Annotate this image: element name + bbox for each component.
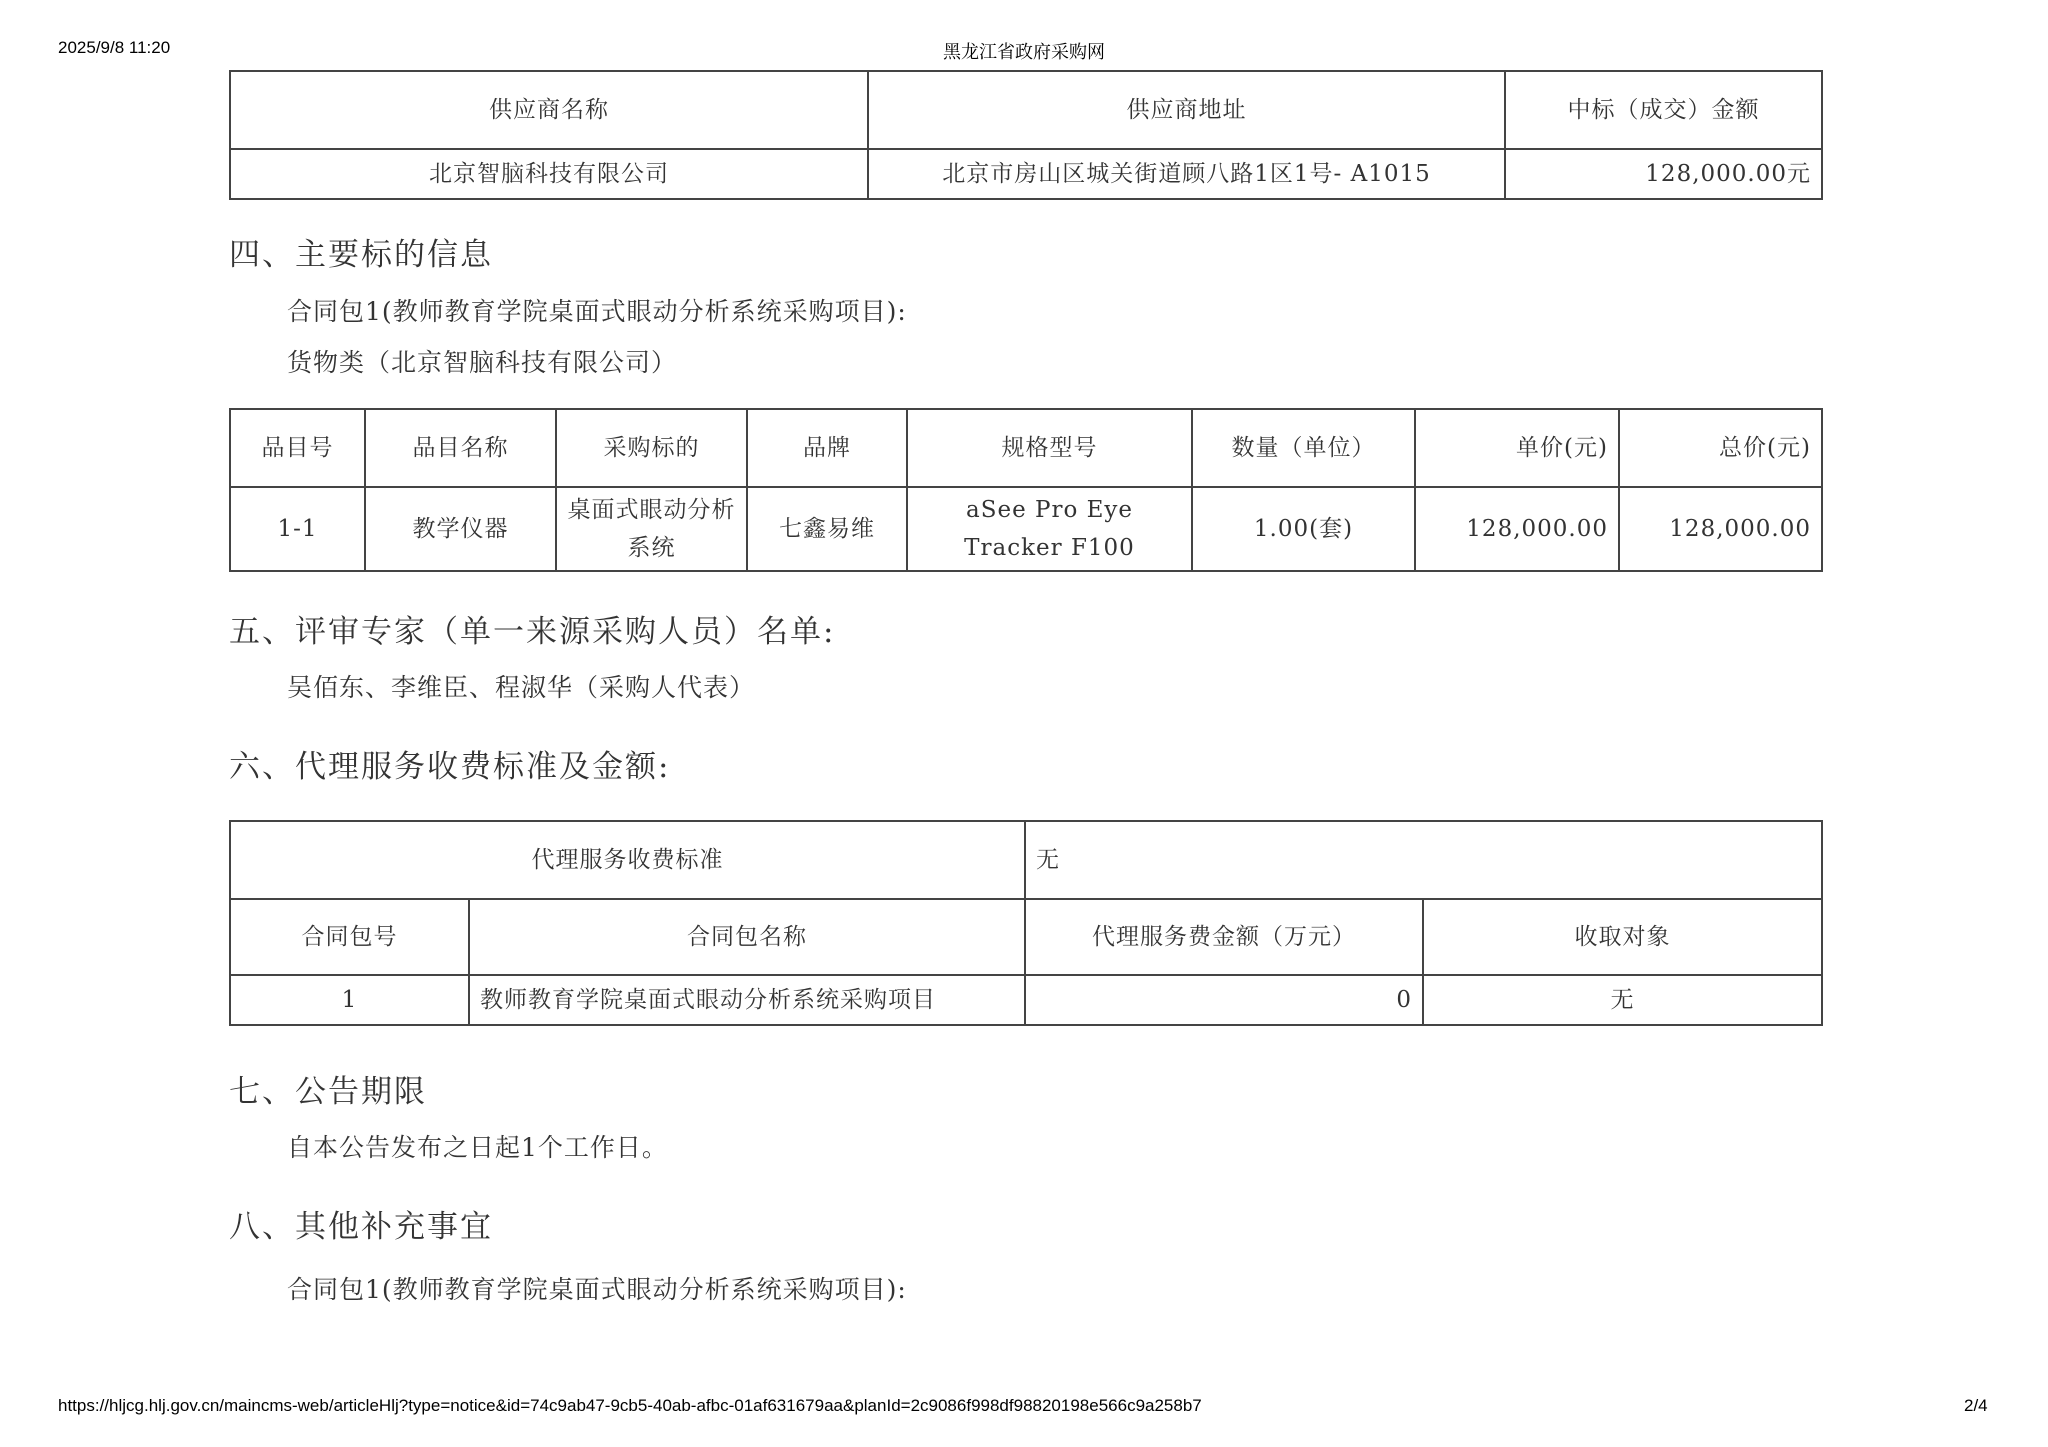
fee-standard-value: 无 bbox=[1025, 821, 1822, 899]
table-row: 北京智脑科技有限公司 北京市房山区城关街道顾八路1区1号- A1015 128,… bbox=[230, 149, 1822, 199]
supplier-table: 供应商名称 供应商地址 中标（成交）金额 北京智脑科技有限公司 北京市房山区城关… bbox=[229, 70, 1823, 200]
section8-package-line: 合同包1(教师教育学院桌面式眼动分析系统采购项目): bbox=[287, 1270, 907, 1306]
header-fee-payer: 收取对象 bbox=[1423, 899, 1822, 975]
section4-heading: 四、主要标的信息 bbox=[229, 229, 493, 274]
fee-amount: 0 bbox=[1025, 975, 1423, 1025]
table-header-row: 合同包号 合同包名称 代理服务费金额（万元） 收取对象 bbox=[230, 899, 1822, 975]
site-title: 黑龙江省政府采购网 bbox=[0, 38, 2048, 64]
award-amount: 128,000.00元 bbox=[1505, 149, 1822, 199]
header-package-no: 合同包号 bbox=[230, 899, 469, 975]
review-members: 吴佰东、李维臣、程淑华（采购人代表） bbox=[287, 668, 755, 704]
agency-fee-table: 代理服务收费标准 无 合同包号 合同包名称 代理服务费金额（万元） 收取对象 1… bbox=[229, 820, 1823, 1026]
header-procurement-object: 采购标的 bbox=[556, 409, 747, 487]
quantity: 1.00(套) bbox=[1192, 487, 1415, 571]
announcement-period: 自本公告发布之日起1个工作日。 bbox=[287, 1128, 668, 1164]
header-item-no: 品目号 bbox=[230, 409, 365, 487]
item-no: 1-1 bbox=[230, 487, 365, 571]
table-header-row: 品目号 品目名称 采购标的 品牌 规格型号 数量（单位） 单价(元) 总价(元) bbox=[230, 409, 1822, 487]
header-model: 规格型号 bbox=[907, 409, 1192, 487]
table-row: 1 教师教育学院桌面式眼动分析系统采购项目 0 无 bbox=[230, 975, 1822, 1025]
header-item-name: 品目名称 bbox=[365, 409, 556, 487]
model: aSee Pro Eye Tracker F100 bbox=[907, 487, 1192, 571]
brand: 七鑫易维 bbox=[747, 487, 907, 571]
header-fee-amount: 代理服务费金额（万元） bbox=[1025, 899, 1423, 975]
header-total-price: 总价(元) bbox=[1619, 409, 1822, 487]
section6-heading: 六、代理服务收费标准及金额: bbox=[229, 741, 670, 786]
header-supplier-name: 供应商名称 bbox=[230, 71, 868, 149]
section4-package-line: 合同包1(教师教育学院桌面式眼动分析系统采购项目): bbox=[287, 292, 907, 328]
header-award-amount: 中标（成交）金额 bbox=[1505, 71, 1822, 149]
unit-price: 128,000.00 bbox=[1415, 487, 1619, 571]
section4-category-line: 货物类（北京智脑科技有限公司） bbox=[287, 343, 677, 379]
header-quantity: 数量（单位） bbox=[1192, 409, 1415, 487]
page-number: 2/4 bbox=[1964, 1396, 1988, 1416]
section5-heading: 五、评审专家（单一来源采购人员）名单: bbox=[229, 606, 835, 651]
package-name: 教师教育学院桌面式眼动分析系统采购项目 bbox=[469, 975, 1025, 1025]
table-row: 1-1 教学仪器 桌面式眼动分析系统 七鑫易维 aSee Pro Eye Tra… bbox=[230, 487, 1822, 571]
header-brand: 品牌 bbox=[747, 409, 907, 487]
item-name: 教学仪器 bbox=[365, 487, 556, 571]
table-header-row: 供应商名称 供应商地址 中标（成交）金额 bbox=[230, 71, 1822, 149]
procurement-object: 桌面式眼动分析系统 bbox=[556, 487, 747, 571]
section8-heading: 八、其他补充事宜 bbox=[229, 1201, 493, 1246]
supplier-name: 北京智脑科技有限公司 bbox=[230, 149, 868, 199]
package-no: 1 bbox=[230, 975, 469, 1025]
page-url: https://hljcg.hlj.gov.cn/maincms-web/art… bbox=[58, 1396, 1202, 1416]
total-price: 128,000.00 bbox=[1619, 487, 1822, 571]
header-supplier-address: 供应商地址 bbox=[868, 71, 1505, 149]
fee-standard-label: 代理服务收费标准 bbox=[230, 821, 1025, 899]
items-table: 品目号 品目名称 采购标的 品牌 规格型号 数量（单位） 单价(元) 总价(元)… bbox=[229, 408, 1823, 572]
fee-payer: 无 bbox=[1423, 975, 1822, 1025]
fee-standard-row: 代理服务收费标准 无 bbox=[230, 821, 1822, 899]
header-package-name: 合同包名称 bbox=[469, 899, 1025, 975]
supplier-address: 北京市房山区城关街道顾八路1区1号- A1015 bbox=[868, 149, 1505, 199]
section7-heading: 七、公告期限 bbox=[229, 1066, 427, 1111]
header-unit-price: 单价(元) bbox=[1415, 409, 1619, 487]
